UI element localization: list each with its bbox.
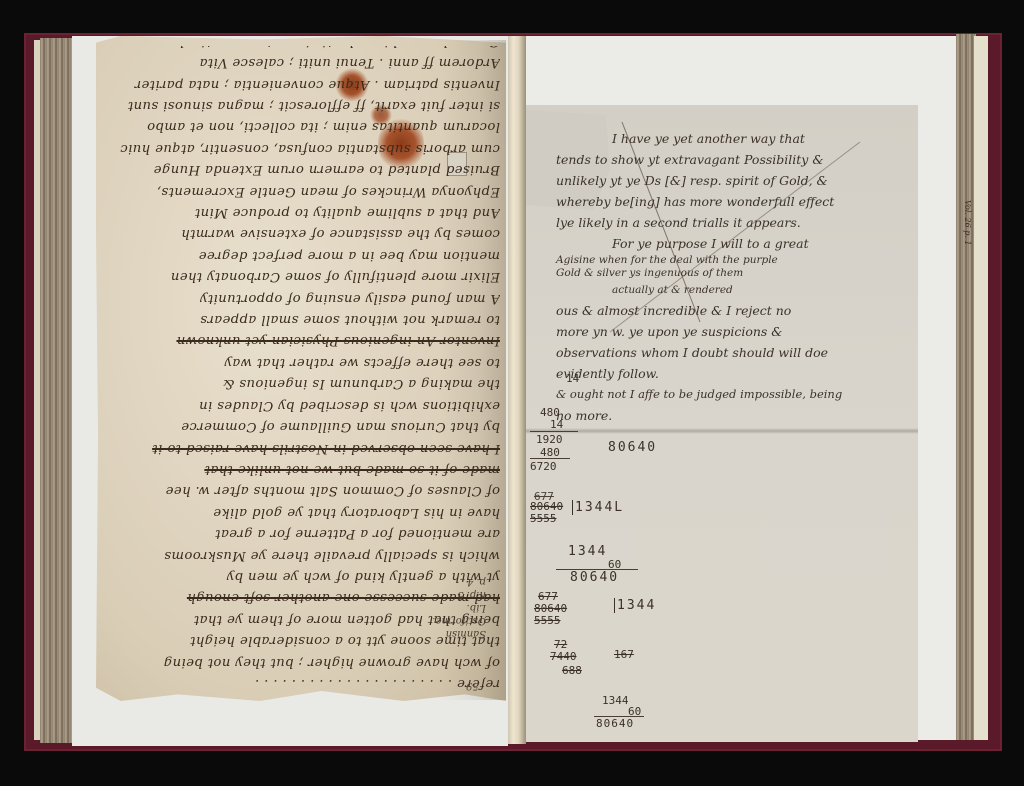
- crossed-digits: 5555: [530, 512, 557, 525]
- manuscript-line-struck: had made successe one another soft enoug…: [104, 587, 500, 608]
- manuscript-line: evidently follow.: [556, 363, 912, 384]
- margin-note-line: Ostiforme.: [446, 614, 486, 627]
- calc-value: 1344: [568, 544, 607, 559]
- horizontal-fold-line: [526, 428, 918, 434]
- manuscript-line: of Clauses of Common Salt months after w…: [104, 480, 500, 501]
- folio-mark: 59: [466, 680, 479, 691]
- calc-value: 1920: [536, 433, 563, 446]
- left-page-text-upside-down: refere . . . . . . . . . . . . . . . . .…: [104, 46, 500, 694]
- margin-note-line: p. 4: [446, 575, 486, 588]
- manuscript-line: I have ye yet another way that: [556, 128, 912, 149]
- manuscript-line: Elixir more plentifully of some Carbonat…: [104, 266, 500, 287]
- calc-value: 1344: [602, 694, 629, 707]
- manuscript-line: that time soone ytt to a considerable he…: [104, 630, 500, 651]
- manuscript-line: actually at & rendered: [556, 280, 912, 300]
- crossed-digits: 7440: [550, 650, 577, 663]
- manuscript-line: Bruised planted to earnern orum Extenda …: [104, 159, 500, 180]
- manuscript-line: And that a sublime quality to produce Mi…: [104, 202, 500, 223]
- manuscript-line: have in his Laboratory that ye gold alik…: [104, 501, 500, 522]
- spine-annotation: Vol. 26 p. 1: [958, 200, 972, 320]
- manuscript-line: of wch have growne higher ; but they not…: [104, 651, 500, 672]
- margin-note-line: Sannish: [446, 627, 486, 640]
- calc-value: 6720: [530, 460, 557, 473]
- manuscript-line-struck: Inventor An ingenious Physician yet unkn…: [104, 330, 500, 351]
- margin-note-line: Lib. n.p. 5: [446, 588, 486, 614]
- manuscript-line: to remark not without some small appears: [104, 309, 500, 330]
- manuscript-line: For ye purpose I will to a great: [556, 233, 912, 254]
- right-page-stack-edge: [956, 34, 976, 740]
- manuscript-line: comes by the assistance of extensive war…: [104, 223, 500, 244]
- crossed-digits: 5555: [534, 614, 561, 627]
- manuscript-line-struck: I have seen observed in Nostrils have ra…: [104, 437, 500, 458]
- calc-value: 80640: [596, 717, 634, 730]
- manuscript-line: & ought not I affe to be judged impossib…: [556, 384, 912, 405]
- calc-quotient: 1344: [614, 598, 656, 613]
- manuscript-line-struck: made of it so made but we not unlike tha…: [104, 459, 500, 480]
- gutter-spine: [508, 36, 526, 744]
- manuscript-line: mention may bee in a more perfect degree: [104, 244, 500, 265]
- crossed-digits: 688: [562, 664, 582, 677]
- calc-rule: [530, 458, 570, 459]
- manuscript-line: more yn w. ye upon ye suspicions &: [556, 321, 912, 342]
- manuscript-line: no more.: [556, 405, 912, 426]
- right-page-prose: I have ye yet another way that tends to …: [556, 128, 912, 426]
- calc-value: 80640: [570, 570, 619, 585]
- manuscript-line: tends to show yt extravagant Possibility…: [556, 149, 912, 170]
- left-margin-note: Sannish Ostiforme. Lib. n.p. 5 p. 4: [446, 570, 486, 640]
- manuscript-line: locarum quantitas enim ; ita collecti, n…: [104, 116, 500, 137]
- manuscript-line: Ardorem ff anni . Tenui uniti ; calesce …: [104, 52, 500, 73]
- manuscript-line: observations whom I doubt should will do…: [556, 342, 912, 363]
- calc-value: 14: [550, 418, 563, 431]
- calc-quotient: 1344L: [572, 500, 624, 515]
- calc-value: 80640: [608, 440, 657, 455]
- left-page-stack-edge: [40, 38, 72, 743]
- manuscript-line: Agisine when for the deal with the purpl…: [556, 254, 912, 266]
- manuscript-line: whereby be[ing] has more wonderfull effe…: [556, 191, 912, 212]
- manuscript-line: are mentioned for a Patterne for a great: [104, 523, 500, 544]
- manuscript-line: yt with a gently kind of wch ye men by: [104, 566, 500, 587]
- manuscript-line: refere . . . . . . . . . . . . . . . . .…: [104, 673, 500, 694]
- right-fore-edge-cream: [974, 36, 988, 740]
- manuscript-line: Ephyonya Wrinckes of mean Gentle Excreme…: [104, 180, 500, 201]
- manuscript-line: the making a Carbunum Is ingenious &: [104, 373, 500, 394]
- calc-quotient-struck: 167: [614, 648, 634, 661]
- manuscript-line: lye likely in a second trialls it appear…: [556, 212, 912, 233]
- calc-rule: [530, 431, 578, 432]
- manuscript-line: cum arboris substantia confusa, consenti…: [104, 137, 500, 158]
- manuscript-line: by that Curious man Guillaume of Commerc…: [104, 416, 500, 437]
- manuscript-line: exhibitions wch is described by Claudes …: [104, 394, 500, 415]
- manuscript-line: A man found easily ensuing of opportunit…: [104, 287, 500, 308]
- manuscript-line: to see there effects we rather that way: [104, 352, 500, 373]
- calc-value: 14: [566, 372, 579, 385]
- manuscript-line: unlikely yt ye Ds [&] resp. spirit of Go…: [556, 170, 912, 191]
- manuscript-line: Inventis patriam . Atque convenientia ; …: [104, 73, 500, 94]
- manuscript-line: which is specially prevaile there ye Mus…: [104, 544, 500, 565]
- manuscript-line: ous & almost incredible & I reject no: [556, 300, 912, 321]
- manuscript-line: Cum arborum hinc plantis inventum, parti…: [104, 46, 500, 52]
- manuscript-line: Gold & silver ys ingenuous of them: [556, 266, 912, 280]
- manuscript-line: si inter fuit exarit, ff efflorescit ; m…: [104, 95, 500, 116]
